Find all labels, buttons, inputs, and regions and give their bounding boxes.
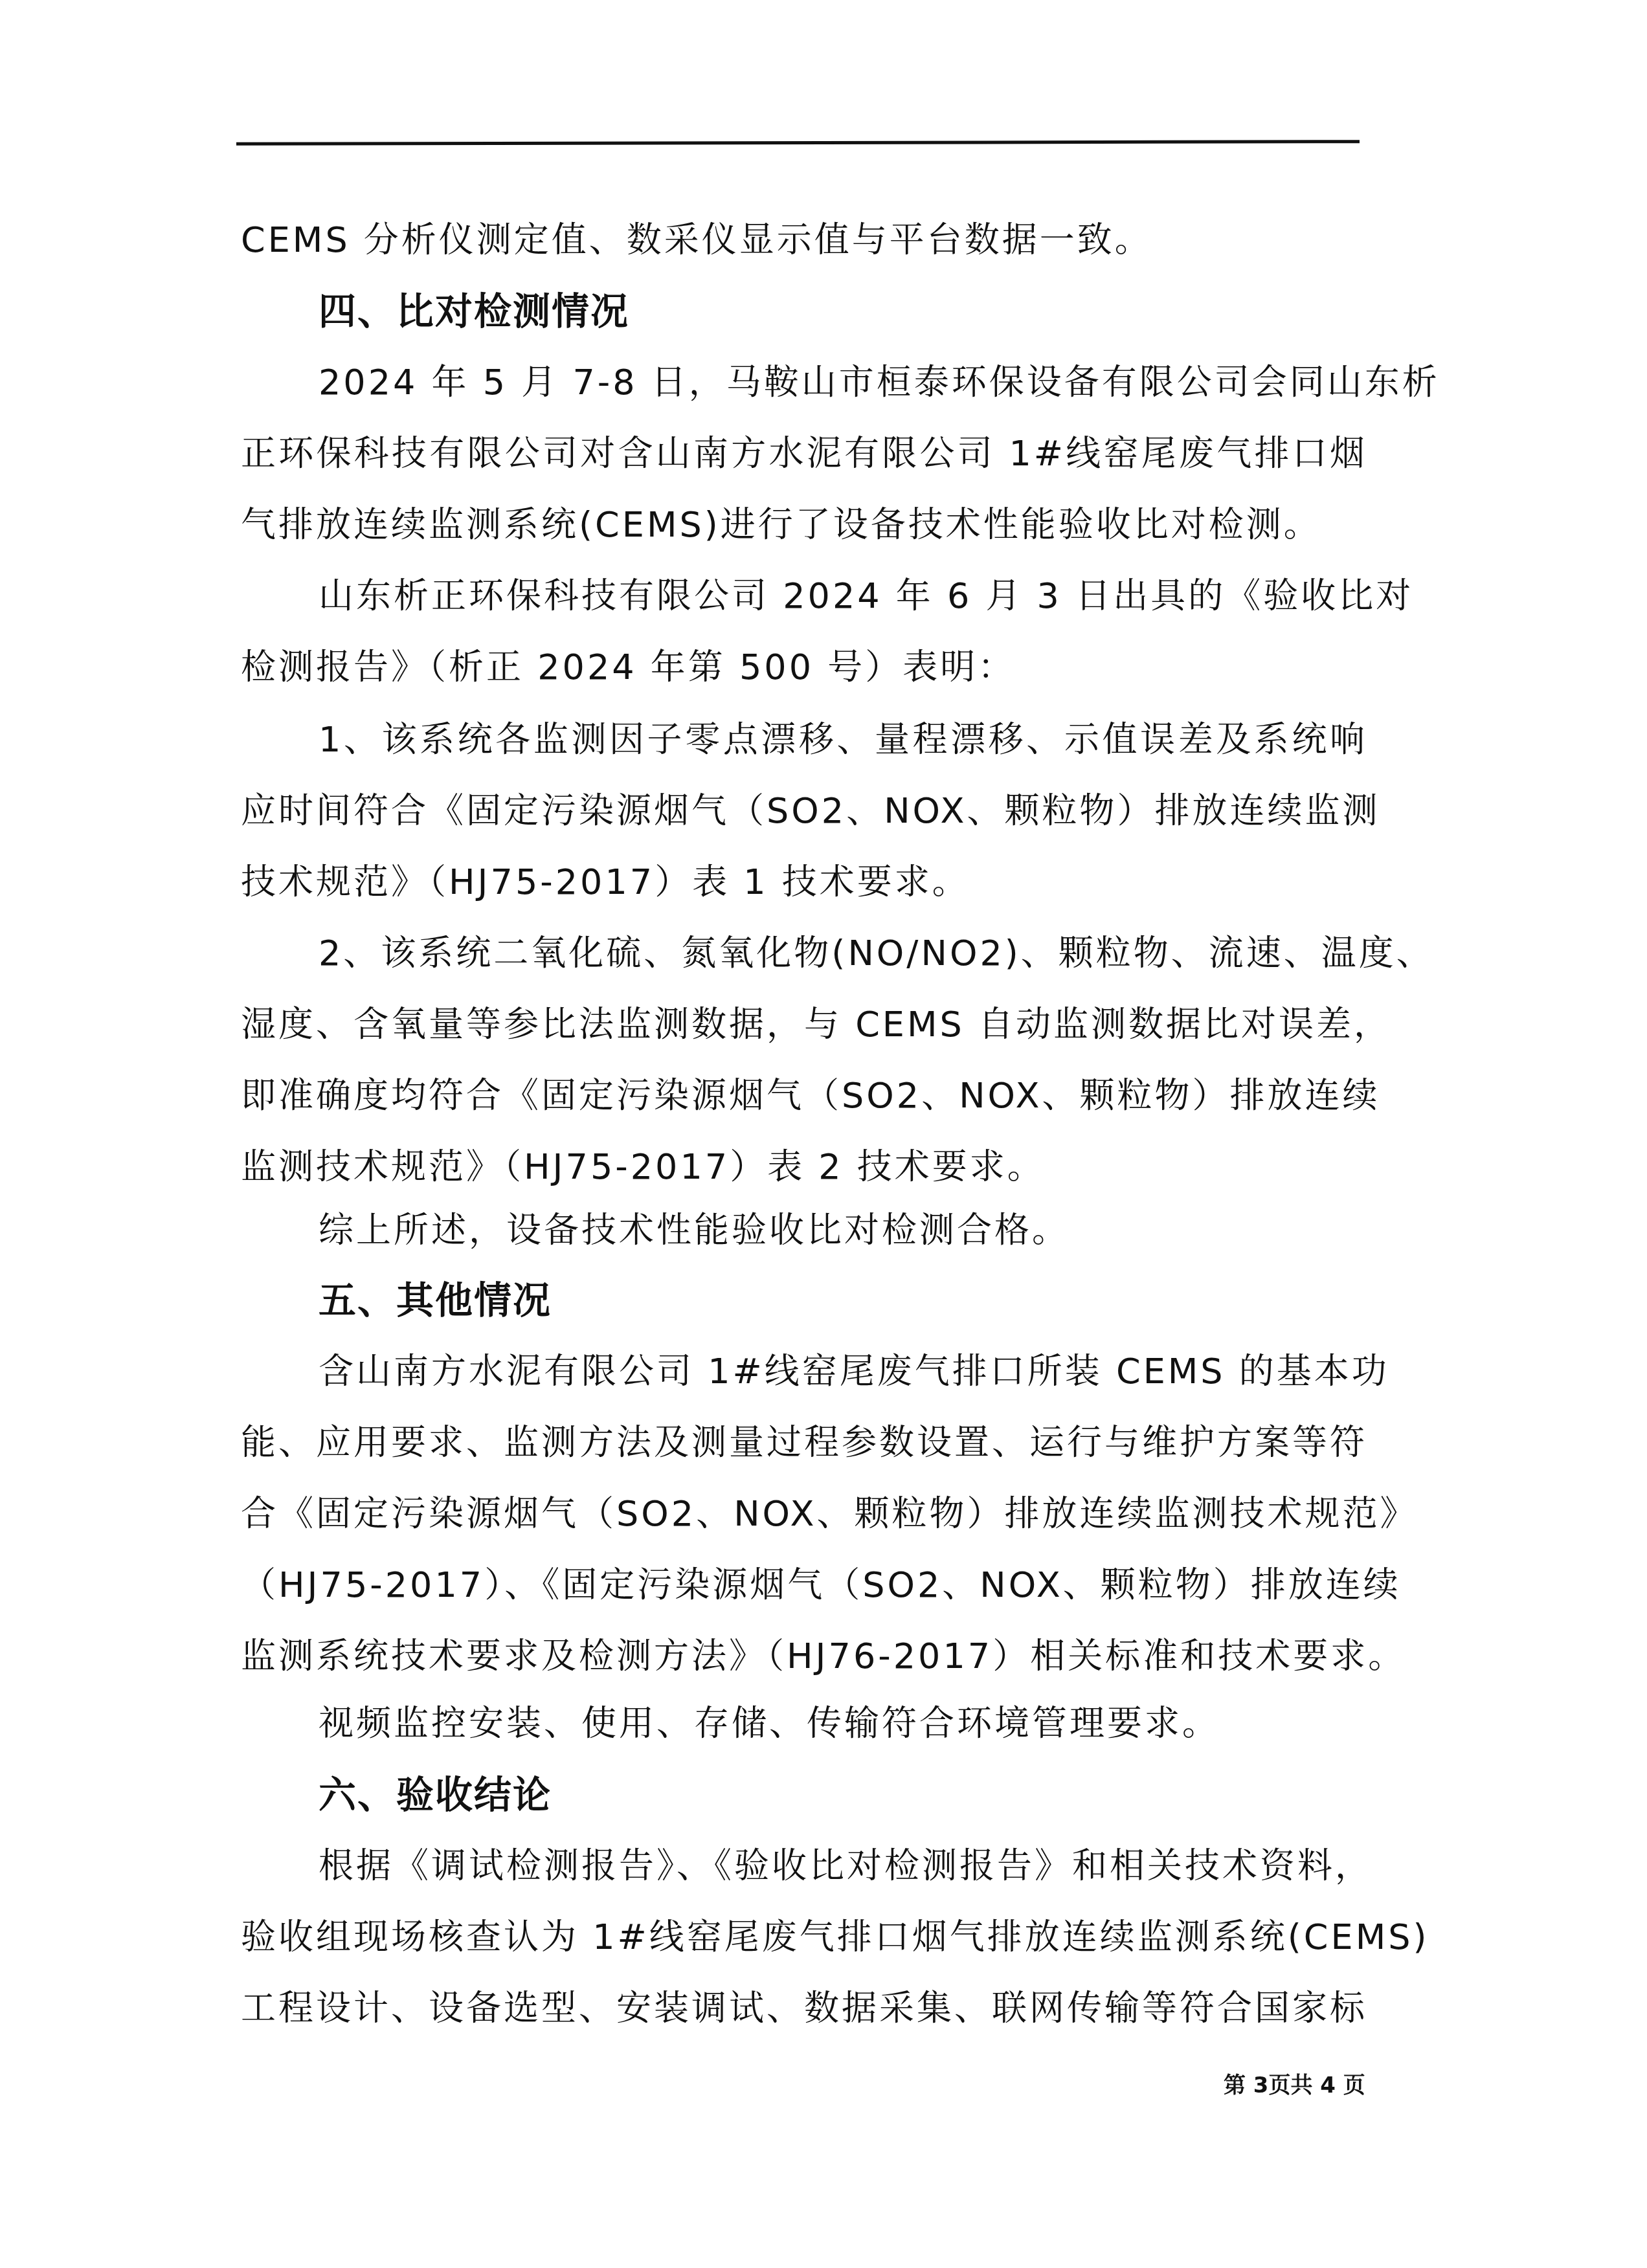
section-heading-6: 六、验收结论 xyxy=(319,1773,552,1816)
page-indicator: 第 3页共 4 页 xyxy=(1224,2067,1365,2099)
paragraph-line: 1、该系统各监测因子零点漂移、量程漂移、示值误差及系统响 xyxy=(319,718,1367,761)
paragraph-line: 含山南方水泥有限公司 1#线窑尾废气排口所装 CEMS 的基本功 xyxy=(319,1350,1367,1393)
paragraph-line: 技术规范》（HJ75-2017）表 1 技术要求。 xyxy=(241,861,1367,904)
paragraph-line: 湿度、含氧量等参比法监测数据，与 CEMS 自动监测数据比对误差， xyxy=(241,1003,1367,1046)
paragraph-line: （HJ75-2017）、《固定污染源烟气（SO2、NOX、颗粒物）排放连续 xyxy=(241,1564,1367,1606)
paragraph-line: 山东析正环保科技有限公司 2024 年 6 月 3 日出具的《验收比对 xyxy=(319,575,1367,617)
paragraph-line: 综上所述，设备技术性能验收比对检测合格。 xyxy=(319,1209,1367,1252)
paragraph-line: 应时间符合《固定污染源烟气（SO2、NOX、颗粒物）排放连续监测 xyxy=(241,790,1367,832)
paragraph-line: 根据《调试检测报告》、《验收比对检测报告》和相关技术资料， xyxy=(319,1845,1367,1887)
paragraph-line: 2、该系统二氧化硫、氮氧化物(NO/NO2)、颗粒物、流速、温度、 xyxy=(319,932,1367,975)
paragraph-line: 监测技术规范》（HJ75-2017）表 2 技术要求。 xyxy=(241,1146,1367,1188)
paragraph-line: 工程设计、设备选型、安装调试、数据采集、联网传输等符合国家标 xyxy=(241,1987,1367,2030)
paragraph-line: 检测报告》（析正 2024 年第 500 号）表明： xyxy=(241,646,1367,689)
section-heading-5: 五、其他情况 xyxy=(319,1279,552,1322)
paragraph-line: 正环保科技有限公司对含山南方水泥有限公司 1#线窑尾废气排口烟 xyxy=(241,432,1367,475)
paragraph-line: 能、应用要求、监测方法及测量过程参数设置、运行与维护方案等符 xyxy=(241,1421,1367,1464)
paragraph-line: 监测系统技术要求及检测方法》（HJ76-2017）相关标准和技术要求。 xyxy=(241,1635,1367,1678)
header-rule xyxy=(236,140,1360,146)
paragraph-line: 合《固定污染源烟气（SO2、NOX、颗粒物）排放连续监测技术规范》 xyxy=(241,1493,1367,1535)
paragraph-line: 气排放连续监测系统(CEMS)进行了设备技术性能验收比对检测。 xyxy=(241,504,1367,546)
paragraph-line: 即准确度均符合《固定污染源烟气（SO2、NOX、颗粒物）排放连续 xyxy=(241,1074,1367,1117)
paragraph-line: 2024 年 5 月 7-8 日，马鞍山市桓泰环保设备有限公司会同山东析 xyxy=(319,361,1367,404)
section-heading-4: 四、比对检测情况 xyxy=(319,290,629,333)
paragraph-line: 视频监控安装、使用、存储、传输符合环境管理要求。 xyxy=(319,1702,1367,1745)
paragraph-line: CEMS 分析仪测定值、数采仪显示值与平台数据一致。 xyxy=(241,219,1367,261)
paragraph-line: 验收组现场核查认为 1#线窑尾废气排口烟气排放连续监测系统(CEMS) xyxy=(241,1916,1367,1959)
